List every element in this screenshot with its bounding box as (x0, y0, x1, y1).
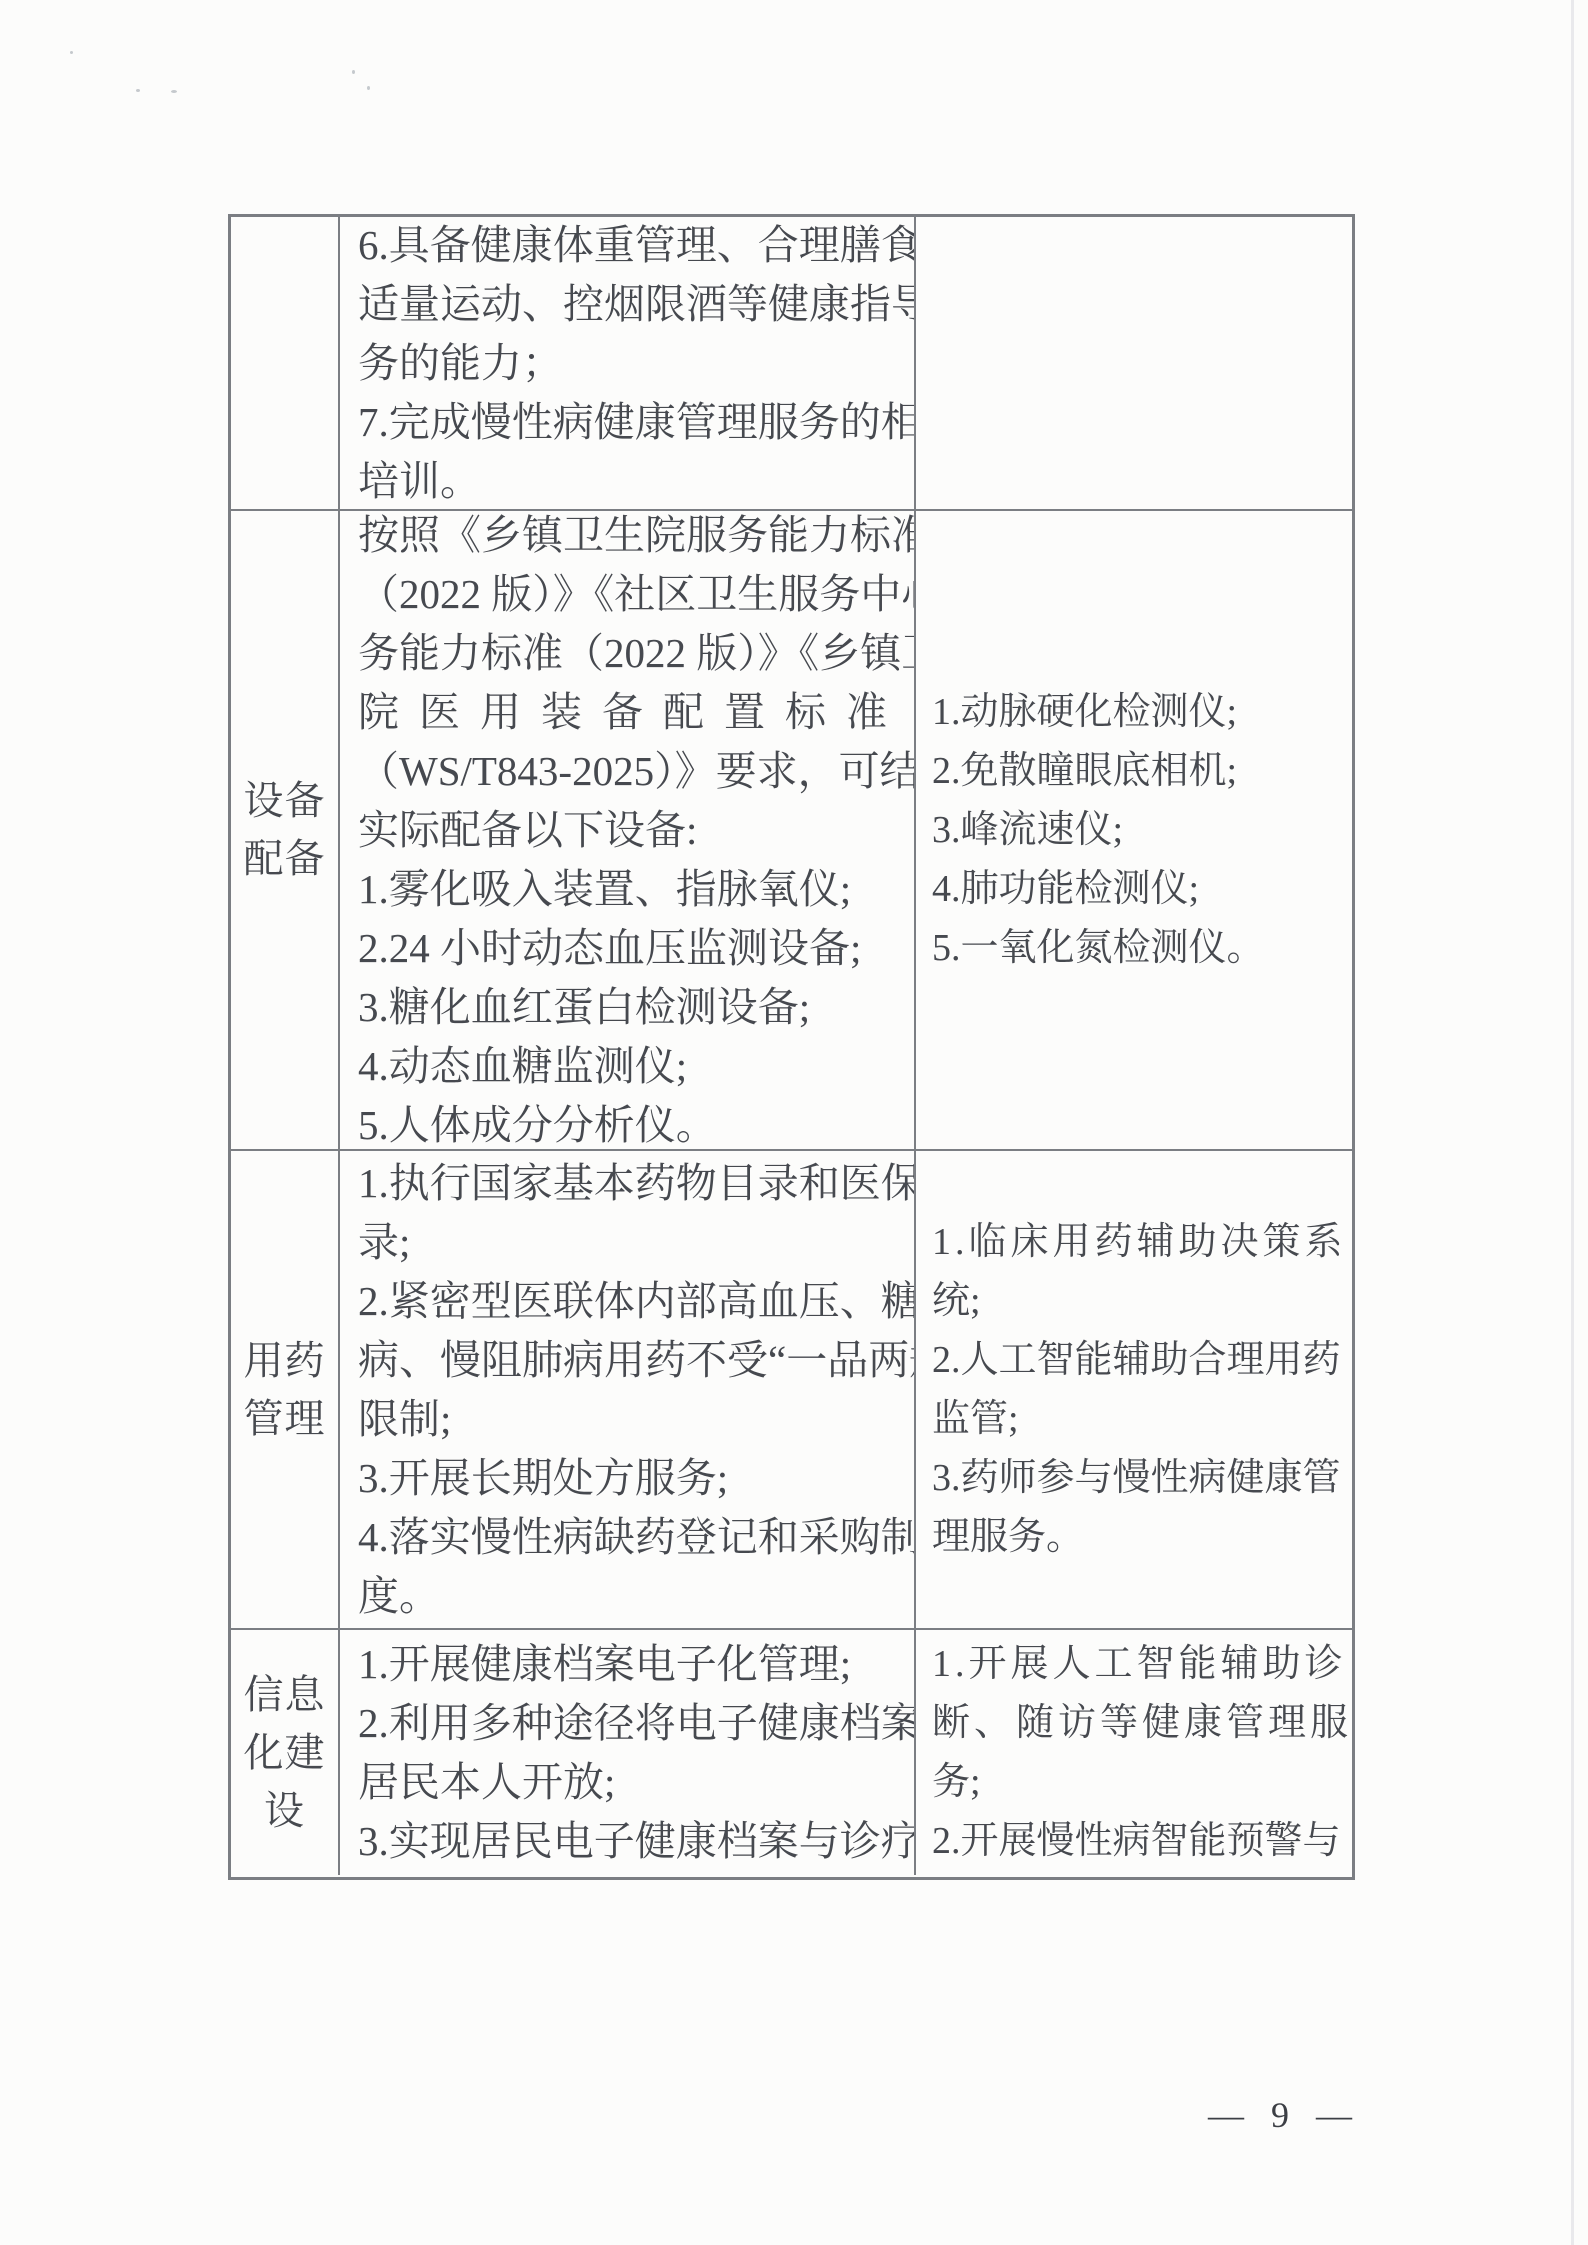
text-line: 录; (358, 1213, 904, 1272)
text-line: 居民本人开放; (358, 1753, 904, 1812)
text-line: 断、随访等健康管理服 (932, 1694, 1340, 1753)
text-line: 2.人工智能辅助合理用药 (932, 1331, 1340, 1390)
text-line: 监管; (932, 1390, 1340, 1449)
requirements-cell: 按照《乡镇卫生院服务能力标准（2022 版）》《社区卫生服务中心服务能力标准（2… (340, 511, 916, 1149)
text-line: 限制; (358, 1390, 904, 1449)
text-line: 1.开展人工智能辅助诊 (932, 1635, 1340, 1694)
recommended-cell: 1.临床用药辅助决策系统;2.人工智能辅助合理用药监管;3.药师参与慢性病健康管… (916, 1151, 1352, 1628)
text-line: （2022 版）》《社区卫生服务中心服 (358, 565, 904, 624)
table-row-informatization: 信息化建设 1.开展健康档案电子化管理;2.利用多种途径将电子健康档案向居民本人… (231, 1630, 1352, 1875)
requirements-cell: 1.开展健康档案电子化管理;2.利用多种途径将电子健康档案向居民本人开放;3.实… (340, 1630, 916, 1875)
text-line: 2.开展慢性病智能预警与 (932, 1812, 1340, 1871)
row-label-cell: 设备配备 (231, 511, 340, 1149)
text-line: 病、慢阻肺病用药不受“一品两规” (358, 1331, 904, 1390)
text-line: 7.完成慢性病健康管理服务的相关 (358, 393, 904, 452)
text-line: 6.具备健康体重管理、合理膳食、 (358, 217, 904, 275)
scan-speck (136, 89, 140, 92)
scan-speck (352, 70, 355, 74)
text-line: 4.落实慢性病缺药登记和采购制 (358, 1508, 904, 1567)
text-line: 2.24 小时动态血压监测设备; (358, 919, 904, 978)
text-line: 务能力标准（2022 版）》《乡镇卫生 (358, 624, 904, 683)
text-line: 5.一氧化氮检测仪。 (932, 919, 1340, 978)
scan-speck (367, 86, 370, 90)
page-number: — 9 — (1208, 2094, 1354, 2136)
requirements-cell: 1.执行国家基本药物目录和医保目录;2.紧密型医联体内部高血压、糖尿病、慢阻肺病… (340, 1151, 916, 1628)
text-line: 统; (932, 1272, 1340, 1331)
text-line: 实际配备以下设备: (358, 801, 904, 860)
text-line: 设 (264, 1782, 305, 1840)
row-label-cell: 用药管理 (231, 1151, 340, 1628)
row-label-cell: 信息化建设 (231, 1630, 340, 1875)
text-line: 按照《乡镇卫生院服务能力标准 (358, 511, 904, 565)
row-label-cell (231, 217, 340, 509)
recommended-cell: 1.开展人工智能辅助诊断、随访等健康管理服务;2.开展慢性病智能预警与 (916, 1630, 1352, 1875)
text-line: 2.免散瞳眼底相机; (932, 742, 1340, 801)
text-line: 管理 (244, 1390, 326, 1448)
recommended-cell (916, 217, 1352, 509)
text-line: 1.开展健康档案电子化管理; (358, 1635, 904, 1694)
table-row-medication: 用药管理 1.执行国家基本药物目录和医保目录;2.紧密型医联体内部高血压、糖尿病… (231, 1151, 1352, 1630)
text-line: 适量运动、控烟限酒等健康指导服 (358, 275, 904, 334)
scan-speck (171, 90, 177, 93)
text-line: 用药 (244, 1332, 326, 1390)
text-line: 5.人体成分分析仪。 (358, 1096, 904, 1150)
text-line: 化建 (244, 1724, 326, 1782)
recommended-cell: 1.动脉硬化检测仪;2.免散瞳眼底相机;3.峰流速仪;4.肺功能检测仪;5.一氧… (916, 511, 1352, 1149)
text-line: 3.实现居民电子健康档案与诊疗信 (358, 1812, 904, 1871)
scanner-edge-artifact (1571, 0, 1574, 2245)
text-line: 务的能力； (358, 334, 904, 393)
text-line: 度。 (358, 1567, 904, 1626)
text-line: 3.峰流速仪; (932, 801, 1340, 860)
text-line: 3.开展长期处方服务; (358, 1449, 904, 1508)
scan-speck (70, 51, 73, 54)
table-row-equipment: 设备配备 按照《乡镇卫生院服务能力标准（2022 版）》《社区卫生服务中心服务能… (231, 511, 1352, 1151)
text-line: 2.紧密型医联体内部高血压、糖尿 (358, 1272, 904, 1331)
text-line: 务; (932, 1753, 1340, 1812)
text-line: 院医用装备配置标准 (358, 683, 904, 742)
text-line: 培训。 (358, 452, 904, 510)
text-line: 4.肺功能检测仪; (932, 860, 1340, 919)
text-line: 2.利用多种途径将电子健康档案向 (358, 1694, 904, 1753)
text-line: 3.药师参与慢性病健康管 (932, 1449, 1340, 1508)
table-row-capability-continued: 6.具备健康体重管理、合理膳食、适量运动、控烟限酒等健康指导服务的能力；7.完成… (231, 217, 1352, 511)
text-line: 设备 (244, 772, 326, 830)
text-line: 1.动脉硬化检测仪; (932, 683, 1340, 742)
text-line: 3.糖化血红蛋白检测设备; (358, 978, 904, 1037)
text-line: 配备 (244, 830, 326, 888)
text-line: 理服务。 (932, 1508, 1340, 1567)
text-line: （WS/T843-2025）》要求，可结合 (358, 742, 904, 801)
text-line: 信息 (244, 1666, 326, 1724)
text-line: 1.雾化吸入装置、指脉氧仪; (358, 860, 904, 919)
text-line: 1.临床用药辅助决策系 (932, 1213, 1340, 1272)
text-line: 4.动态血糖监测仪; (358, 1037, 904, 1096)
requirements-cell: 6.具备健康体重管理、合理膳食、适量运动、控烟限酒等健康指导服务的能力；7.完成… (340, 217, 916, 509)
standards-table: 6.具备健康体重管理、合理膳食、适量运动、控烟限酒等健康指导服务的能力；7.完成… (228, 214, 1355, 1880)
text-line: 1.执行国家基本药物目录和医保目 (358, 1154, 904, 1213)
document-page: 6.具备健康体重管理、合理膳食、适量运动、控烟限酒等健康指导服务的能力；7.完成… (0, 0, 1588, 2245)
